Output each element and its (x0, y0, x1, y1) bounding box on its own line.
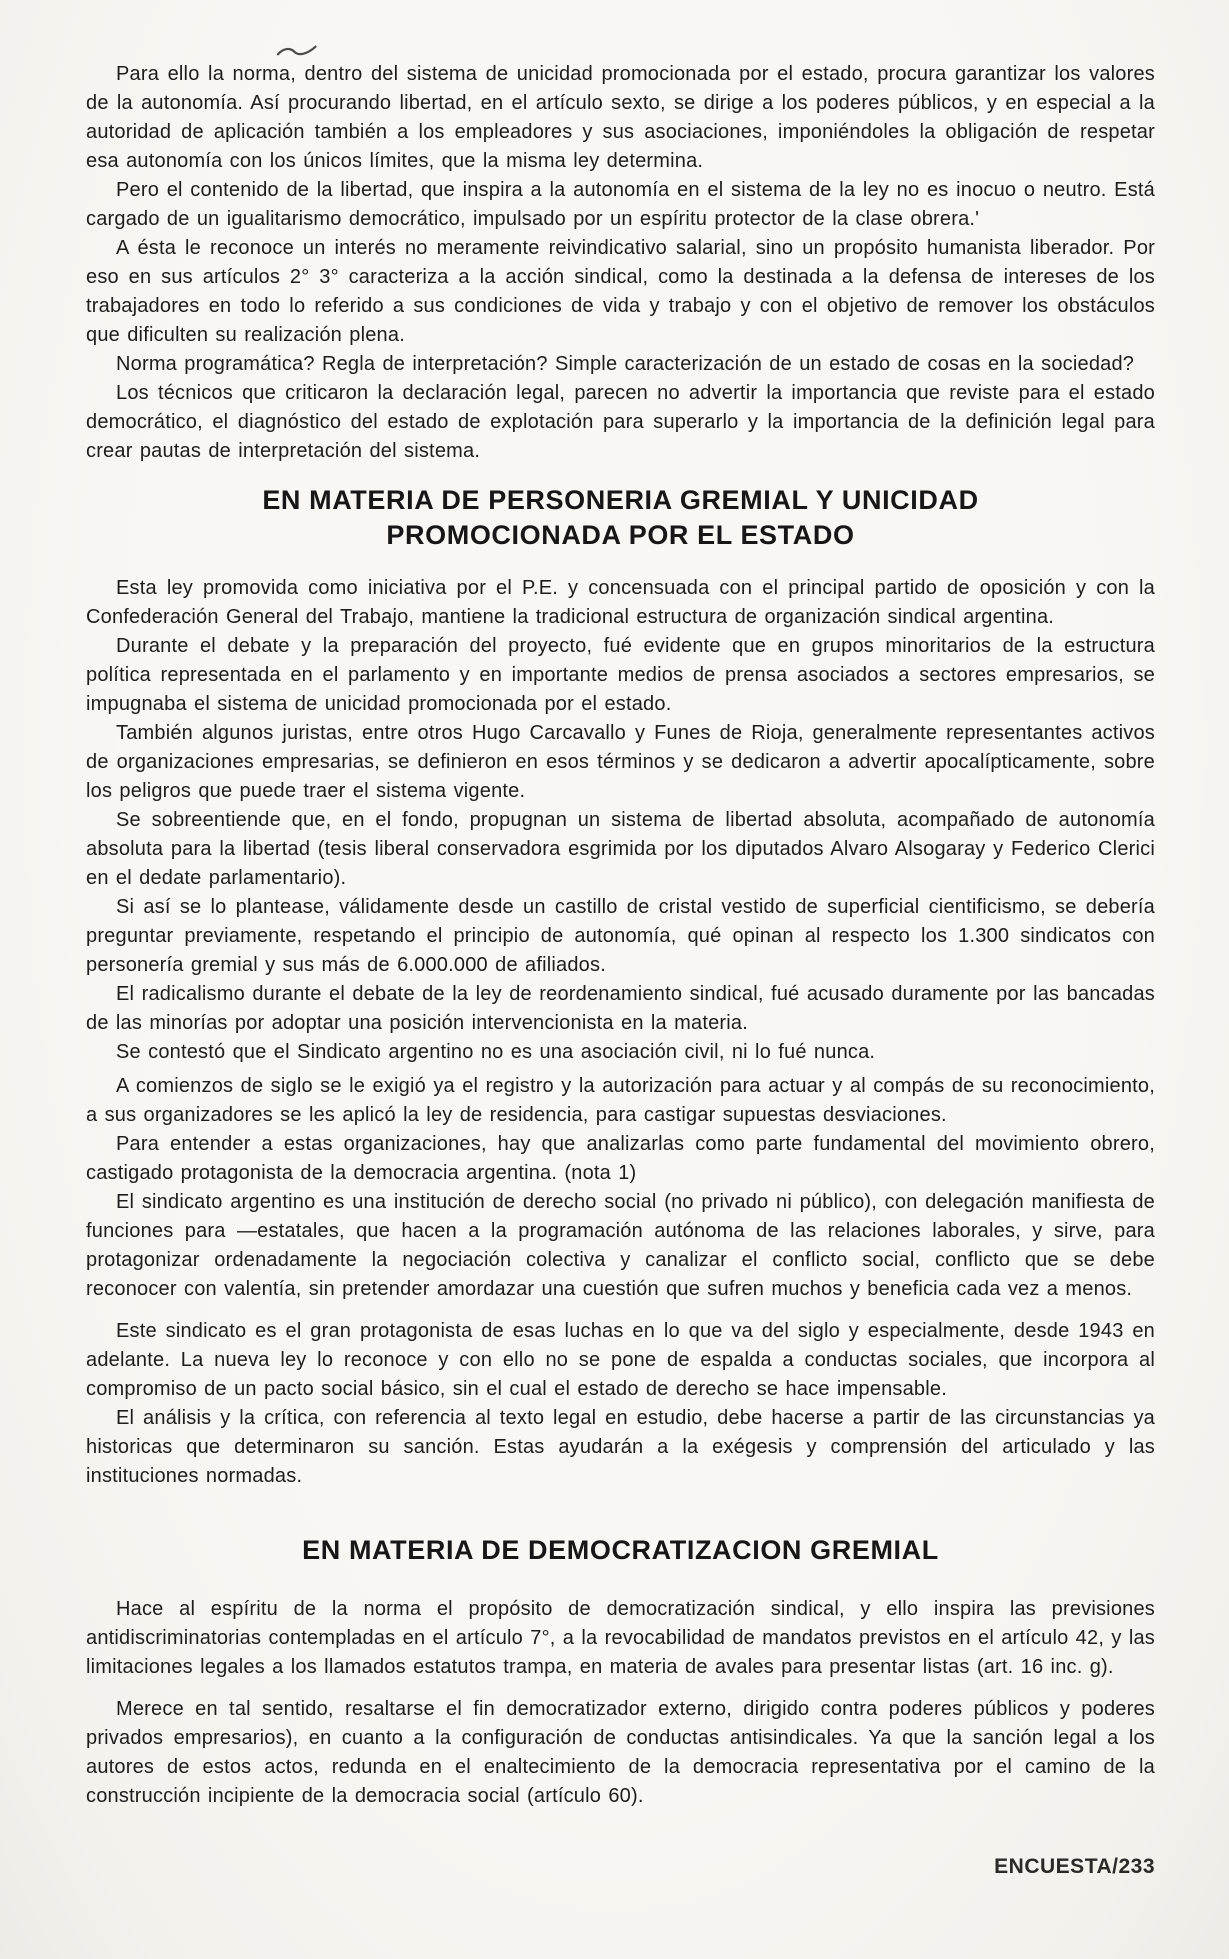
paragraph: Esta ley promovida como iniciativa por e… (86, 574, 1155, 632)
paragraph: Este sindicato es el gran protagonista d… (86, 1317, 1155, 1404)
paragraph: Hace al espíritu de la norma el propósit… (86, 1595, 1155, 1682)
paragraph: Durante el debate y la preparación del p… (86, 632, 1155, 719)
paragraph: A comienzos de siglo se le exigió ya el … (86, 1072, 1155, 1130)
document-page: Para ello la norma, dentro del sistema d… (0, 0, 1229, 1959)
paragraph: El análisis y la crítica, con referencia… (86, 1404, 1155, 1491)
paragraph: El radicalismo durante el debate de la l… (86, 980, 1155, 1038)
paragraph: Se sobreentiende que, en el fondo, propu… (86, 806, 1155, 893)
paragraph: A ésta le reconoce un interés no meramen… (86, 234, 1155, 350)
paragraph: El sindicato argentino es una institució… (86, 1188, 1155, 1304)
paragraph: Si así se lo plantease, válidamente desd… (86, 893, 1155, 980)
paragraph: Para entender a estas organizaciones, ha… (86, 1130, 1155, 1188)
paragraph: Pero el contenido de la libertad, que in… (86, 176, 1155, 234)
paragraph: También algunos juristas, entre otros Hu… (86, 719, 1155, 806)
paragraph: Norma programática? Regla de interpretac… (86, 350, 1155, 379)
paragraph: Se contestó que el Sindicato argentino n… (86, 1038, 1155, 1067)
paragraph: Para ello la norma, dentro del sistema d… (86, 60, 1155, 176)
paragraph: Los técnicos que criticaron la declaraci… (86, 379, 1155, 466)
section-heading-personeria-gremial: EN MATERIA DE PERSONERIA GREMIAL Y UNICI… (161, 483, 1081, 553)
section-heading-democratizacion-gremial: EN MATERIA DE DEMOCRATIZACION GREMIAL (271, 1533, 971, 1568)
document-body: Para ello la norma, dentro del sistema d… (86, 60, 1155, 1811)
page-footer: ENCUESTA/233 (994, 1855, 1155, 1879)
paragraph: Merece en tal sentido, resaltarse el fin… (86, 1695, 1155, 1811)
